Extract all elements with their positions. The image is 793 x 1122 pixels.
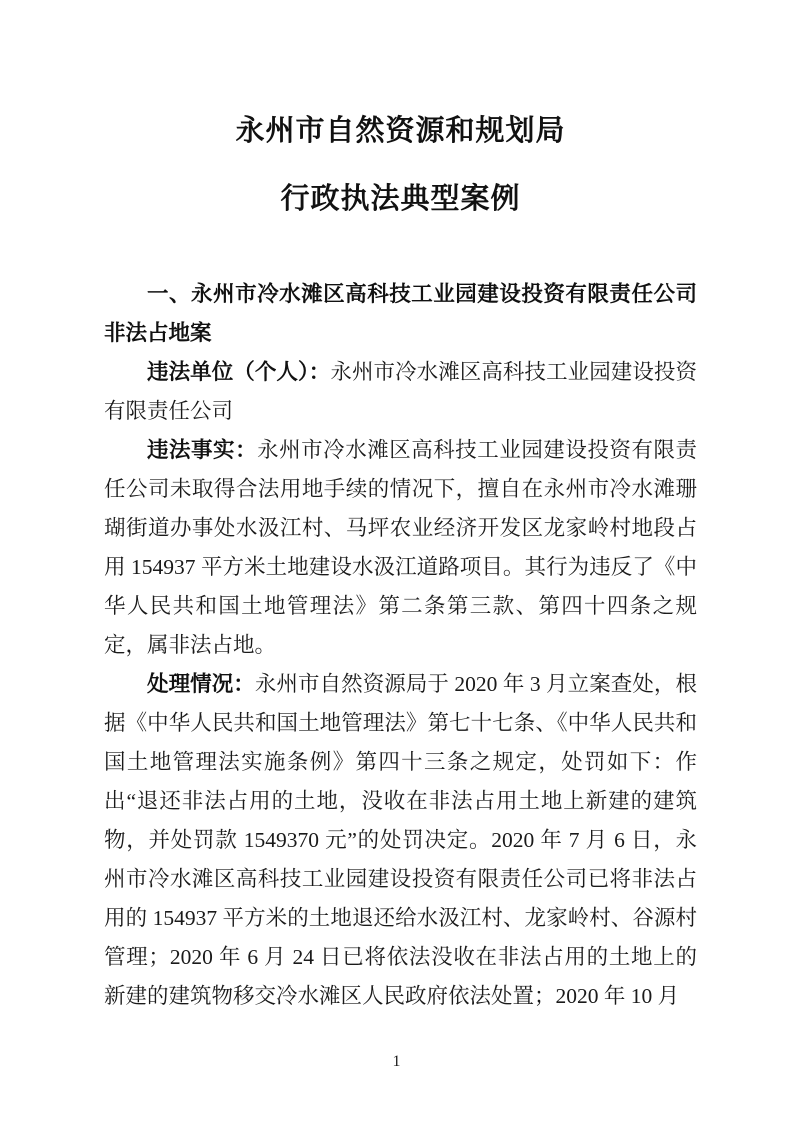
- violation-facts-text: 永州市冷水滩区高科技工业园建设投资有限责任公司未取得合法用地手续的情况下，擅自在…: [104, 438, 697, 657]
- doc-title-line2: 行政执法典型案例: [104, 178, 697, 220]
- page-number: 1: [0, 1053, 793, 1071]
- violation-facts-label: 违法事实：: [147, 438, 257, 462]
- document-page: 永州市自然资源和规划局 行政执法典型案例 一、永州市冷水滩区高科技工业园建设投资…: [0, 0, 793, 1122]
- violating-unit-label: 违法单位（个人）：: [147, 360, 330, 384]
- document-content: 永州市自然资源和规划局 行政执法典型案例 一、永州市冷水滩区高科技工业园建设投资…: [104, 0, 697, 1016]
- handling-result-text: 永州市自然资源局于 2020 年 3 月立案查处，根据《中华人民共和国土地管理法…: [104, 672, 697, 1008]
- handling-result-label: 处理情况：: [147, 672, 255, 696]
- paragraph-violation-facts: 违法事实：永州市冷水滩区高科技工业园建设投资有限责任公司未取得合法用地手续的情况…: [104, 431, 697, 665]
- paragraph-violating-unit: 违法单位（个人）：永州市冷水滩区高科技工业园建设投资有限责任公司: [104, 353, 697, 431]
- section-heading-case1: 一、永州市冷水滩区高科技工业园建设投资有限责任公司非法占地案: [104, 275, 697, 353]
- doc-title-line1: 永州市自然资源和规划局: [104, 110, 697, 152]
- paragraph-handling-result: 处理情况：永州市自然资源局于 2020 年 3 月立案查处，根据《中华人民共和国…: [104, 665, 697, 1016]
